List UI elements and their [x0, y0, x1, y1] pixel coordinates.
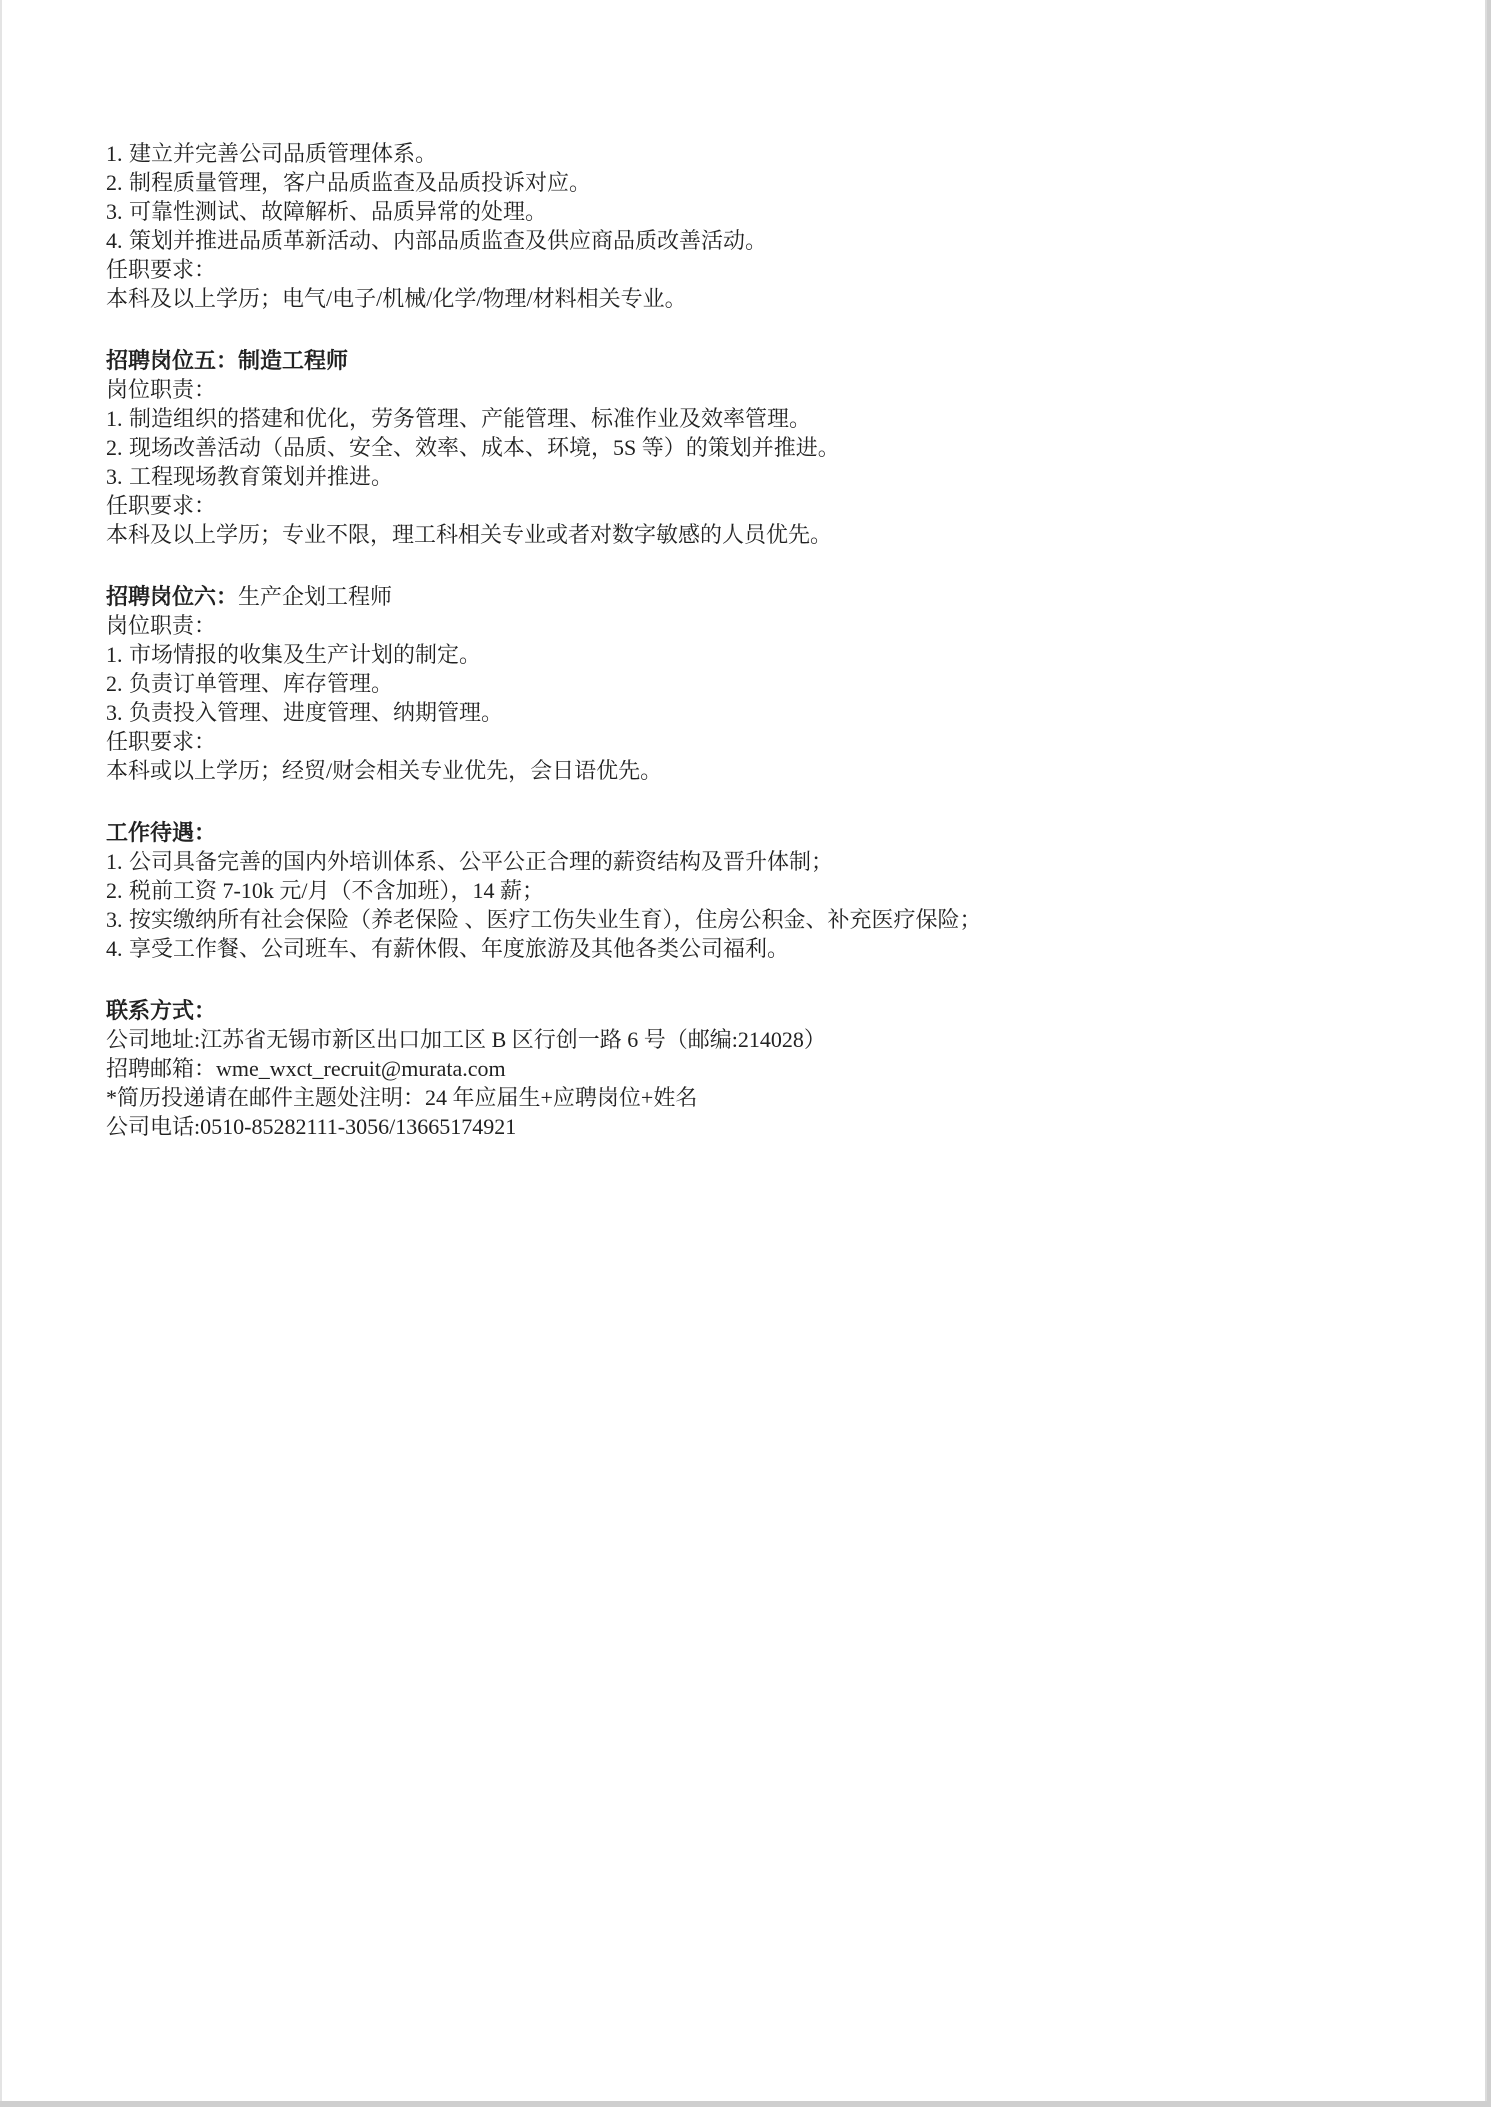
list-item: 2.制程质量管理，客户品质监查及品质投诉对应。 — [106, 168, 1415, 197]
duties-label: 岗位职责： — [106, 611, 1415, 640]
list-number: 1. — [106, 847, 129, 876]
contact-note: *简历投递请在邮件主题处注明：24 年应届生+应聘岗位+姓名 — [106, 1083, 1415, 1112]
list-text: 制程质量管理，客户品质监查及品质投诉对应。 — [129, 170, 591, 195]
list-text: 现场改善活动（品质、安全、效率、成本、环境，5S 等）的策划并推进。 — [129, 435, 840, 460]
list-text: 可靠性测试、故障解析、品质异常的处理。 — [129, 199, 547, 224]
list-text: 制造组织的搭建和优化，劳务管理、产能管理、标准作业及效率管理。 — [129, 406, 811, 431]
requirements-text: 本科及以上学历；专业不限，理工科相关专业或者对数字敏感的人员优先。 — [106, 520, 1415, 549]
list-text: 税前工资 7-10k 元/月（不含加班），14 薪； — [129, 878, 544, 903]
list-text: 公司具备完善的国内外培训体系、公平公正合理的薪资结构及晋升体制； — [129, 849, 833, 874]
list-number: 4. — [106, 934, 129, 963]
contact-email: 招聘邮箱：wme_wxct_recruit@murata.com — [106, 1054, 1415, 1083]
list-item: 2.税前工资 7-10k 元/月（不含加班），14 薪； — [106, 876, 1415, 905]
list-number: 1. — [106, 640, 129, 669]
section-position-five: 招聘岗位五：制造工程师 岗位职责： 1.制造组织的搭建和优化，劳务管理、产能管理… — [106, 346, 1415, 549]
list-item: 2.负责订单管理、库存管理。 — [106, 669, 1415, 698]
list-number: 3. — [106, 698, 129, 727]
list-text: 享受工作餐、公司班车、有薪休假、年度旅游及其他各类公司福利。 — [129, 936, 789, 961]
list-text: 策划并推进品质革新活动、内部品质监查及供应商品质改善活动。 — [129, 228, 767, 253]
list-number: 4. — [106, 226, 129, 255]
list-number: 2. — [106, 168, 129, 197]
list-item: 1.建立并完善公司品质管理体系。 — [106, 139, 1415, 168]
document-body: 1.建立并完善公司品质管理体系。 2.制程质量管理，客户品质监查及品质投诉对应。… — [106, 139, 1415, 1141]
list-number: 1. — [106, 404, 129, 433]
list-number: 2. — [106, 876, 129, 905]
list-text: 建立并完善公司品质管理体系。 — [129, 141, 437, 166]
list-item: 3.负责投入管理、进度管理、纳期管理。 — [106, 698, 1415, 727]
position-five-heading: 招聘岗位五：制造工程师 — [106, 346, 1415, 375]
requirements-label: 任职要求： — [106, 491, 1415, 520]
list-number: 3. — [106, 905, 129, 934]
list-text: 市场情报的收集及生产计划的制定。 — [129, 642, 481, 667]
list-item: 1.市场情报的收集及生产计划的制定。 — [106, 640, 1415, 669]
contact-address: 公司地址:江苏省无锡市新区出口加工区 B 区行创一路 6 号（邮编:214028… — [106, 1025, 1415, 1054]
list-item: 1.公司具备完善的国内外培训体系、公平公正合理的薪资结构及晋升体制； — [106, 847, 1415, 876]
list-number: 3. — [106, 197, 129, 226]
list-item: 4.策划并推进品质革新活动、内部品质监查及供应商品质改善活动。 — [106, 226, 1415, 255]
section-benefits: 工作待遇： 1.公司具备完善的国内外培训体系、公平公正合理的薪资结构及晋升体制；… — [106, 818, 1415, 963]
list-item: 2.现场改善活动（品质、安全、效率、成本、环境，5S 等）的策划并推进。 — [106, 433, 1415, 462]
list-item: 3.工程现场教育策划并推进。 — [106, 462, 1415, 491]
contact-phone: 公司电话:0510-85282111-3056/13665174921 — [106, 1112, 1415, 1141]
section-position-six: 招聘岗位六：生产企划工程师 岗位职责： 1.市场情报的收集及生产计划的制定。 2… — [106, 582, 1415, 785]
section-quality-duties: 1.建立并完善公司品质管理体系。 2.制程质量管理，客户品质监查及品质投诉对应。… — [106, 139, 1415, 313]
position-six-heading: 招聘岗位六：生产企划工程师 — [106, 582, 1415, 611]
list-number: 2. — [106, 669, 129, 698]
list-text: 负责投入管理、进度管理、纳期管理。 — [129, 700, 503, 725]
section-contact: 联系方式： 公司地址:江苏省无锡市新区出口加工区 B 区行创一路 6 号（邮编:… — [106, 996, 1415, 1141]
document-page: 1.建立并完善公司品质管理体系。 2.制程质量管理，客户品质监查及品质投诉对应。… — [0, 0, 1487, 2101]
position-six-heading-title: 生产企划工程师 — [238, 584, 392, 609]
list-item: 3.按实缴纳所有社会保险（养老保险 、医疗工伤失业生育），住房公积金、补充医疗保… — [106, 905, 1415, 934]
list-number: 2. — [106, 433, 129, 462]
requirements-text: 本科及以上学历；电气/电子/机械/化学/物理/材料相关专业。 — [106, 284, 1415, 313]
list-item: 3.可靠性测试、故障解析、品质异常的处理。 — [106, 197, 1415, 226]
list-text: 工程现场教育策划并推进。 — [129, 464, 393, 489]
requirements-label: 任职要求： — [106, 255, 1415, 284]
requirements-label: 任职要求： — [106, 727, 1415, 756]
list-item: 1.制造组织的搭建和优化，劳务管理、产能管理、标准作业及效率管理。 — [106, 404, 1415, 433]
requirements-text: 本科或以上学历；经贸/财会相关专业优先，会日语优先。 — [106, 756, 1415, 785]
contact-heading: 联系方式： — [106, 996, 1415, 1025]
list-text: 按实缴纳所有社会保险（养老保险 、医疗工伤失业生育），住房公积金、补充医疗保险； — [129, 907, 982, 932]
duties-label: 岗位职责： — [106, 375, 1415, 404]
list-item: 4.享受工作餐、公司班车、有薪休假、年度旅游及其他各类公司福利。 — [106, 934, 1415, 963]
position-six-heading-label: 招聘岗位六： — [106, 584, 238, 609]
list-number: 1. — [106, 139, 129, 168]
benefits-heading: 工作待遇： — [106, 818, 1415, 847]
list-number: 3. — [106, 462, 129, 491]
list-text: 负责订单管理、库存管理。 — [129, 671, 393, 696]
